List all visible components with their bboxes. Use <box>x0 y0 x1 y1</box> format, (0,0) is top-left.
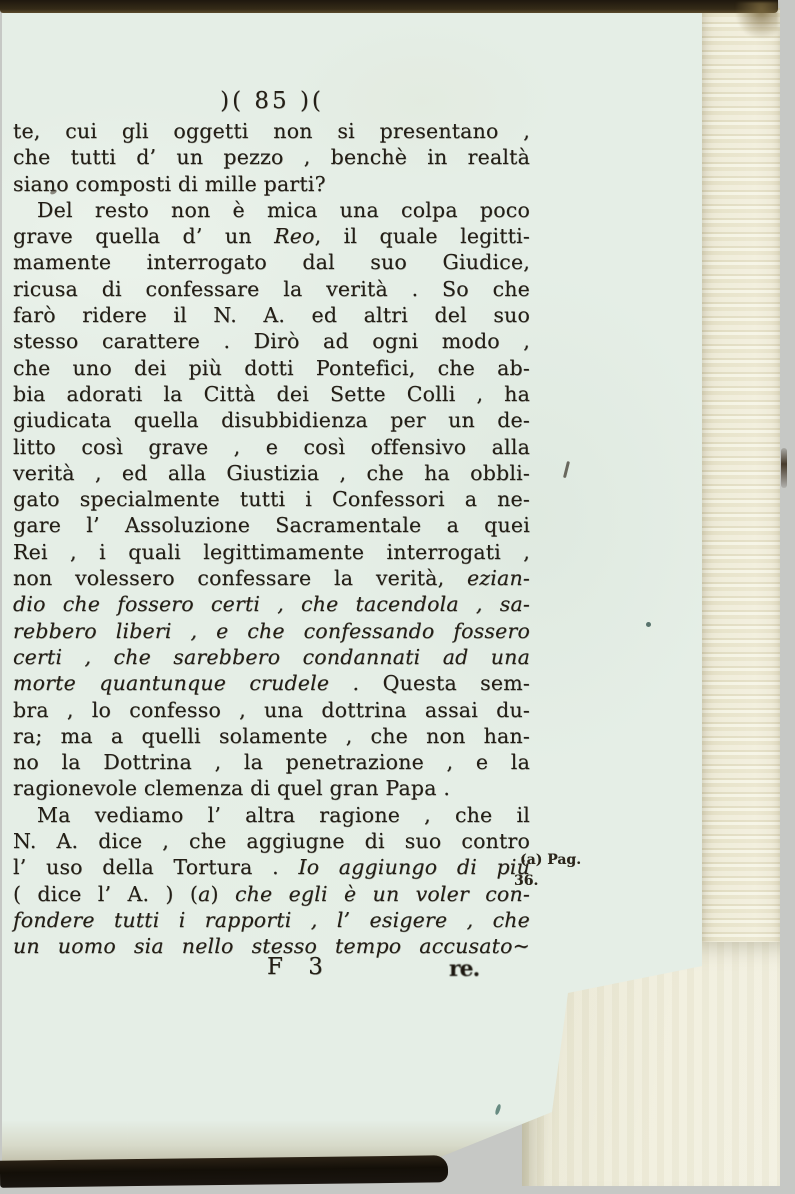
text-line: morte quantunque crudele . Questa sem- <box>13 670 530 696</box>
text-line: Del resto non è mica una colpa poco <box>13 197 530 223</box>
margin-note: (a) Pag. 36. <box>520 850 600 892</box>
text-line: ricusa di confessare la verità . So che <box>13 276 530 302</box>
text-segment-italic: che egli è un voler con- <box>235 882 530 906</box>
text-line: ragionevole clemenza di quel gran Papa . <box>13 775 530 801</box>
text-segment: farò ridere il N. A. ed altri del suo <box>13 303 530 327</box>
catchword: re. <box>449 956 479 982</box>
text-segment: Questa sem- <box>383 671 530 695</box>
text-segment: siano composti di mille parti? <box>13 172 326 196</box>
text-line: fondere tutti i rapporti , l’ esigere , … <box>13 907 530 933</box>
text-segment: verità , ed alla Giustizia , che ha obbl… <box>13 461 530 485</box>
text-line: N. A. dice , che aggiugne di suo contro <box>13 828 530 854</box>
text-line: mamente interrogato dal suo Giudice, <box>13 249 530 275</box>
text-line: no la Dottrina , la penetrazione , e la <box>13 749 530 775</box>
page-top-edge <box>0 0 778 13</box>
text-segment: , il quale legitti- <box>315 224 530 248</box>
text-segment: gare l’ Assoluzione Sacramentale a quei <box>13 513 530 537</box>
scan-background: )( 85 )( te, cui gli oggetti non si pres… <box>0 0 795 1194</box>
text-segment-italic: rebbero liberi , e che confessando fosse… <box>13 619 530 643</box>
text-line: l’ uso della Tortura . Io aggiungo di pi… <box>13 854 530 880</box>
ink-speck <box>646 622 651 627</box>
text-line: ( dice l’ A. ) (a) che egli è un voler c… <box>13 881 530 907</box>
signature-mark: F 3 <box>267 954 323 980</box>
text-segment: ) <box>211 882 235 906</box>
text-segment: l’ uso della Tortura . <box>13 855 298 879</box>
text-line: ra; ma a quelli solamente , che non han- <box>13 723 530 749</box>
text-segment: Del resto non è mica una colpa poco <box>37 198 530 222</box>
text-segment-italic: Reo <box>274 224 315 248</box>
text-segment-italic: fondere tutti i rapporti , l’ esigere , … <box>13 908 530 932</box>
text-segment: ragionevole clemenza di quel gran Papa . <box>13 776 450 800</box>
text-segment: bia adorati la Città dei Sette Colli , h… <box>13 382 530 406</box>
text-line: stesso carattere . Dirò ad ogni modo , <box>13 328 530 354</box>
text-segment: bra , lo confesso , una dottrina assai d… <box>13 698 530 722</box>
text-line: giudicata quella disubbidienza per un de… <box>13 407 530 433</box>
text-segment-italic: Io aggiungo di più <box>298 855 530 879</box>
ink-slash-mark <box>563 461 570 478</box>
text-line: che tutti d’ un pezzo , benchè in realtà <box>13 144 530 170</box>
ink-speck <box>494 1104 501 1116</box>
text-segment-italic: a <box>198 882 210 906</box>
text-segment: Rei , i quali legittimamente interrogati… <box>13 540 530 564</box>
text-line: bra , lo confesso , una dottrina assai d… <box>13 697 530 723</box>
text-segment: giudicata quella disubbidienza per un de… <box>13 408 530 432</box>
text-line: gare l’ Assoluzione Sacramentale a quei <box>13 512 530 538</box>
text-line: grave quella d’ un Reo, il quale legitti… <box>13 223 530 249</box>
page-corner-stain <box>736 2 778 38</box>
text-line: rebbero liberi , e che confessando fosse… <box>13 618 530 644</box>
text-segment: ra; ma a quelli solamente , che non han- <box>13 724 530 748</box>
text-line: litto così grave , e così offensivo alla <box>13 434 530 460</box>
text-line: gato specialmente tutti i Confessori a n… <box>13 486 530 512</box>
text-line: certi , che sarebbero condannati ad una <box>13 644 530 670</box>
page-number-header: )( 85 )( <box>2 88 542 114</box>
text-line: non volessero confessare la verità, ezia… <box>13 565 530 591</box>
page-bottom-row: F 3 re. <box>13 954 530 988</box>
text-segment: Ma vediamo l’ altra ragione , che il <box>37 803 530 827</box>
text-segment: no la Dottrina , la penetrazione , e la <box>13 750 530 774</box>
scanner-edge-mark <box>781 448 787 488</box>
text-segment: N. A. dice , che aggiugne di suo contro <box>13 829 530 853</box>
text-segment: non volessero confessare la verità, <box>13 566 467 590</box>
text-segment-italic: dio che fossero certi , che tacendola , … <box>13 592 530 616</box>
text-segment: gato specialmente tutti i Confessori a n… <box>13 487 530 511</box>
text-segment-italic: ezian- <box>467 566 530 590</box>
text-segment-italic: certi , che sarebbero condannati ad una <box>13 645 530 669</box>
text-line: Rei , i quali legittimamente interrogati… <box>13 539 530 565</box>
text-line: dio che fossero certi , che tacendola , … <box>13 591 530 617</box>
text-line: che uno dei più dotti Pontefici, che ab- <box>13 355 530 381</box>
page-bottom-shadow <box>0 1155 448 1187</box>
text-segment: stesso carattere . Dirò ad ogni modo , <box>13 329 530 353</box>
text-segment: ( dice l’ A. ) ( <box>13 882 198 906</box>
text-segment: ricusa di confessare la verità . So che <box>13 277 530 301</box>
text-segment: che tutti d’ un pezzo , benchè in realtà <box>13 145 530 169</box>
text-segment: grave quella d’ un <box>13 224 274 248</box>
margin-note-ref: (a) Pag. <box>520 850 600 871</box>
text-line: te, cui gli oggetti non si presentano , <box>13 118 530 144</box>
margin-note-page-number: 36. <box>514 871 600 892</box>
text-segment: che uno dei più dotti Pontefici, che ab- <box>13 356 530 380</box>
text-line: bia adorati la Città dei Sette Colli , h… <box>13 381 530 407</box>
text-segment: litto così grave , e così offensivo alla <box>13 435 530 459</box>
text-line: verità , ed alla Giustizia , che ha obbl… <box>13 460 530 486</box>
text-block: te, cui gli oggetti non si presentano ,c… <box>13 118 530 960</box>
text-segment-italic: morte quantunque crudele . <box>13 671 383 695</box>
text-line: farò ridere il N. A. ed altri del suo <box>13 302 530 328</box>
text-segment: te, cui gli oggetti non si presentano , <box>13 119 530 143</box>
text-line: Ma vediamo l’ altra ragione , che il <box>13 802 530 828</box>
text-line: siano composti di mille parti? <box>13 171 530 197</box>
text-segment: mamente interrogato dal suo Giudice, <box>13 250 530 274</box>
